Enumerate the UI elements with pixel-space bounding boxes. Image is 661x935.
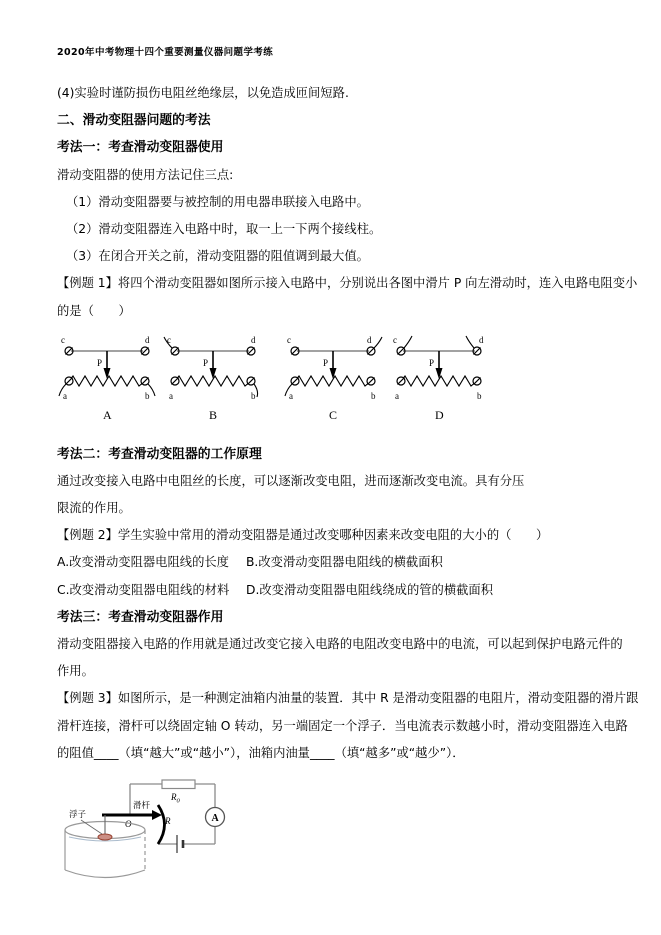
example2-stem: 【例题 2】学生实验中常用的滑动变阻器是通过改变哪种因素来改变电阻的大小的（ ）: [57, 522, 611, 549]
terminal-b-label: b: [251, 391, 256, 401]
example1-line2: 的是（ ）: [57, 298, 611, 325]
terminal-a-label: a: [169, 391, 173, 401]
diagram-letter: C: [329, 408, 337, 422]
example1-line1: 【例题 1】将四个滑动变阻器如图所示接入电路中，分别说出各图中滑片 P 向左滑动…: [57, 270, 611, 297]
fixed-resistor-box: [162, 780, 195, 789]
option-d: D.改变滑动变阻器电阻线绕成的管的横截面积: [246, 577, 493, 604]
slider-p-label: P: [97, 358, 102, 368]
page-header: 2020年中考物理十四个重要测量仪器问题学考练: [57, 44, 611, 58]
figure-rheostat-diagrams: c d P a b A c d P: [57, 325, 611, 441]
terminal-b-label: b: [371, 391, 376, 401]
option-b: B.改变滑动变阻器电阻线的横截面积: [246, 549, 443, 576]
option-a: A.改变滑动变阻器电阻线的长度: [57, 549, 246, 576]
section-title: 二、滑动变阻器问题的考法: [57, 107, 611, 134]
terminal-b-label: b: [145, 391, 150, 401]
slider-p-label: P: [203, 358, 208, 368]
terminal-c-label: c: [393, 335, 397, 345]
example3-line2: 滑杆连接，滑杆可以绕固定轴 O 转动，另一端固定一个浮子．当电流表示数越小时，滑…: [57, 713, 611, 740]
kaofa3-title: 考法三：考查滑动变阻器作用: [57, 604, 611, 631]
float: [98, 834, 112, 840]
usage-point-1: （1）滑动变阻器要与被控制的用电器串联接入电路中。: [57, 189, 611, 216]
note-line-4: (4)实验时谨防损伤电阻丝绝缘层，以免造成匝间短路.: [57, 80, 611, 107]
rheostat-arc-label: R: [164, 816, 171, 826]
terminal-d-label: d: [251, 335, 256, 345]
terminal-d-label: d: [145, 335, 150, 345]
terminal-d-label: d: [367, 335, 372, 345]
figure-fuel-gauge: R0 A R 滑杆 O 浮子: [57, 767, 611, 899]
diagram-letter: D: [435, 408, 444, 422]
slider-p-label: P: [429, 358, 434, 368]
rheostat-diagram-b: c d P a b B: [163, 333, 263, 425]
kaofa1-intro: 滑动变阻器的使用方法记住三点:: [57, 162, 611, 189]
kaofa2-title: 考法二：考查滑动变阻器的工作原理: [57, 441, 611, 468]
rod-label: 滑杆: [133, 800, 151, 810]
example3-line3: 的阻值____（填“越大”或“越小”），油箱内油量____（填“越多”或“越少”…: [57, 740, 611, 767]
tank-bottom: [65, 870, 145, 878]
rheostat-diagram-c: c d P a b C: [283, 333, 383, 425]
fixed-resistor-label: R0: [170, 792, 181, 805]
diagram-letter: B: [209, 408, 217, 422]
option-c: C.改变滑动变阻器电阻线的材料: [57, 577, 246, 604]
rheostat-diagram-d: c d P a b D: [389, 333, 489, 425]
float-label: 浮子: [69, 809, 87, 819]
terminal-c-label: c: [287, 335, 291, 345]
terminal-c-label: c: [61, 335, 65, 345]
terminal-d-label: d: [479, 335, 484, 345]
terminal-a-label: a: [63, 391, 67, 401]
terminal-a-label: a: [395, 391, 399, 401]
fuel-gauge-diagram: R0 A R 滑杆 O 浮子: [57, 777, 242, 895]
diagram-letter: A: [103, 408, 112, 422]
kaofa2-line1: 通过改变接入电路中电阻丝的长度，可以逐渐改变电阻，进而逐渐改变电流。具有分压: [57, 468, 611, 495]
example2-options-row2: C.改变滑动变阻器电阻线的材料 D.改变滑动变阻器电阻线绕成的管的横截面积: [57, 577, 611, 604]
usage-point-3: （3）在闭合开关之前，滑动变阻器的阻值调到最大值。: [57, 243, 611, 270]
slider-p-label: P: [323, 358, 328, 368]
ammeter-label: A: [212, 813, 220, 824]
usage-point-2: （2）滑动变阻器连入电路中时，取一上一下两个接线柱。: [57, 216, 611, 243]
kaofa3-line2: 作用。: [57, 658, 611, 685]
kaofa3-line1: 滑动变阻器接入电路的作用就是通过改变它接入电路的电阻改变电路中的电流，可以起到保…: [57, 631, 611, 658]
example2-options-row1: A.改变滑动变阻器电阻线的长度 B.改变滑动变阻器电阻线的横截面积: [57, 549, 611, 576]
kaofa1-title: 考法一：考查滑动变阻器使用: [57, 134, 611, 161]
terminal-a-label: a: [289, 391, 293, 401]
example3-line1: 【例题 3】如图所示，是一种测定油箱内油量的装置．其中 R 是滑动变阻器的电阻片…: [57, 685, 611, 712]
document-page: 2020年中考物理十四个重要测量仪器问题学考练 (4)实验时谨防损伤电阻丝绝缘层…: [0, 0, 661, 935]
kaofa2-line2: 限流的作用。: [57, 495, 611, 522]
rheostat-diagram-a: c d P a b A: [57, 333, 157, 425]
rheostat-arc: [158, 805, 165, 844]
terminal-c-label: c: [167, 335, 171, 345]
terminal-b-label: b: [477, 391, 482, 401]
